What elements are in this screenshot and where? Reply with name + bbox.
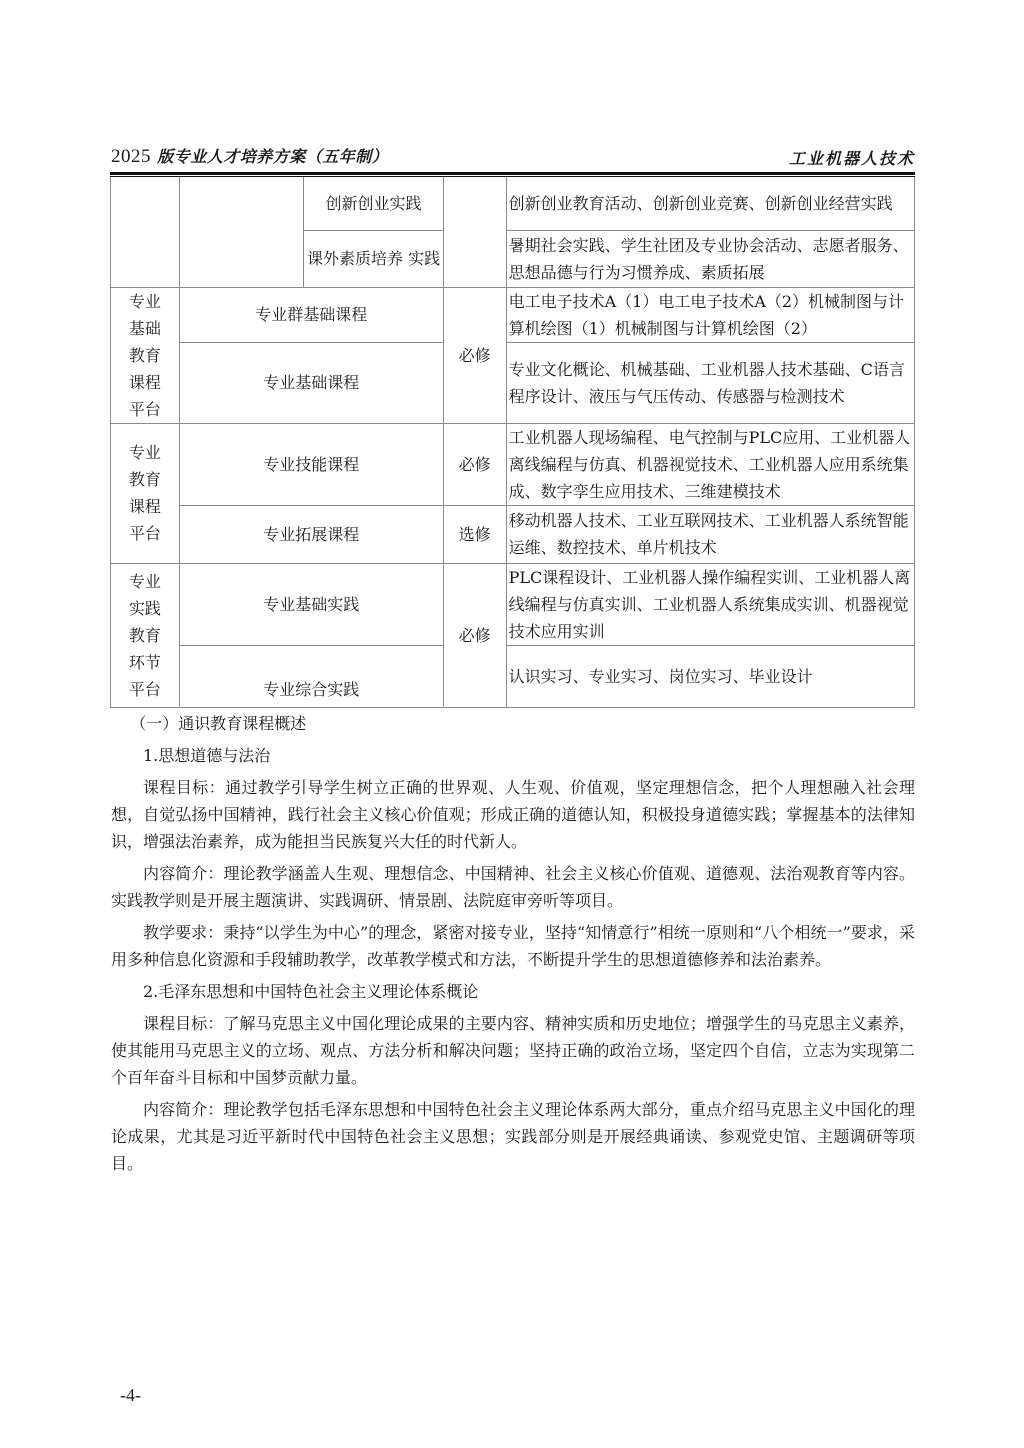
- category-cell: 专业群基础课程: [179, 287, 443, 342]
- category-cell: [179, 177, 303, 287]
- table-row: 专业实践教育环节平台 专业基础实践 必修 PLC课程设计、工业机器人操作编程实训…: [111, 563, 915, 645]
- platform-cell: [111, 177, 180, 287]
- course-goal: 课程目标：通过教学引导学生树立正确的世界观、人生观、价值观，坚定理想信念，把个人…: [111, 774, 915, 855]
- course-platform-table: 创新创业实践 创新创业教育活动、创新创业竞赛、创新创业经营实践 课外素质培养 实…: [110, 177, 915, 708]
- header-rule-thick: [110, 172, 915, 175]
- major-name: 工业机器人技术: [789, 146, 915, 169]
- course-overview: （一）通识教育课程概述 1.思想道德与法治 课程目标：通过教学引导学生树立正确的…: [111, 710, 915, 1177]
- page-number: -4-: [120, 1385, 141, 1406]
- courses-cell: 移动机器人技术、工业互联网技术、工业机器人系统智能运维、数控技术、单片机技术: [506, 505, 914, 563]
- type-cell: [443, 177, 506, 287]
- courses-cell: 创新创业教育活动、创新创业竞赛、创新创业经营实践: [506, 177, 914, 230]
- course-goal: 课程目标：了解马克思主义中国化理论成果的主要内容、精神实质和历史地位；增强学生的…: [111, 1010, 915, 1091]
- table-row: 专业基础课程 专业文化概论、机械基础、工业机器人技术基础、C语言程序设计、液压与…: [111, 342, 915, 423]
- sub-category-cell: 课外素质培养 实践: [304, 230, 443, 287]
- year: 2025: [111, 146, 151, 167]
- category-cell: 专业技能课程: [179, 423, 443, 505]
- courses-cell: 专业文化概论、机械基础、工业机器人技术基础、C语言程序设计、液压与气压传动、传感…: [506, 342, 914, 423]
- courses-cell: 暑期社会实践、学生社团及专业协会活动、志愿者服务、思想品德与行为习惯养成、素质拓…: [506, 230, 914, 287]
- platform-cell: 专业基础教育课程平台: [111, 287, 180, 423]
- section-title: （一）通识教育课程概述: [111, 710, 915, 737]
- courses-cell: 工业机器人现场编程、电气控制与PLC应用、工业机器人离线编程与仿真、机器视觉技术…: [506, 423, 914, 505]
- courses-cell: PLC课程设计、工业机器人操作编程实训、工业机器人离线编程与仿真实训、工业机器人…: [506, 563, 914, 645]
- courses-cell: 认识实习、专业实习、岗位实习、毕业设计: [506, 645, 914, 707]
- category-cell: 专业基础实践: [179, 563, 443, 645]
- table-row: 专业综合实践 认识实习、专业实习、岗位实习、毕业设计: [111, 645, 915, 707]
- course-intro: 内容简介：理论教学涵盖人生观、理想信念、中国精神、社会主义核心价值观、道德观、法…: [111, 860, 915, 914]
- type-cell: 选修: [443, 505, 506, 563]
- platform-cell: 专业教育课程平台: [111, 423, 180, 563]
- table-row: 专业拓展课程 选修 移动机器人技术、工业互联网技术、工业机器人系统智能运维、数控…: [111, 505, 915, 563]
- table-row: 专业教育课程平台 专业技能课程 必修 工业机器人现场编程、电气控制与PLC应用、…: [111, 423, 915, 505]
- platform-label: 专业实践教育环节平台: [127, 568, 163, 703]
- category-cell: 专业拓展课程: [179, 505, 443, 563]
- plan-title: 版专业人才培养方案（五年制）: [157, 147, 388, 166]
- type-cell: 必修: [443, 423, 506, 505]
- category-cell: 专业基础课程: [179, 342, 443, 423]
- course-intro: 内容简介：理论教学包括毛泽东思想和中国特色社会主义理论体系两大部分，重点介绍马克…: [111, 1096, 915, 1177]
- type-cell: 必修: [443, 563, 506, 707]
- course-title: 2.毛泽东思想和中国特色社会主义理论体系概论: [111, 978, 915, 1005]
- sub-category-cell: 创新创业实践: [304, 177, 443, 230]
- page-header: 2025 版专业人才培养方案（五年制） 工业机器人技术: [111, 144, 915, 170]
- type-cell: 必修: [443, 287, 506, 423]
- table-row: 创新创业实践 创新创业教育活动、创新创业竞赛、创新创业经营实践: [111, 177, 915, 230]
- course-title: 1.思想道德与法治: [111, 742, 915, 769]
- courses-cell: 电工电子技术A（1）电工电子技术A（2）机械制图与计算机绘图（1）机械制图与计算…: [506, 287, 914, 342]
- course-requirements: 教学要求：秉持“以学生为中心”的理念，紧密对接专业，坚持“知情意行”相统一原则和…: [111, 919, 915, 973]
- platform-label: 专业教育课程平台: [127, 439, 163, 547]
- document-title: 2025 版专业人才培养方案（五年制）: [111, 144, 388, 168]
- table-row: 专业基础教育课程平台 专业群基础课程 必修 电工电子技术A（1）电工电子技术A（…: [111, 287, 915, 342]
- platform-label: 专业基础教育课程平台: [127, 288, 163, 423]
- category-cell: 专业综合实践: [179, 645, 443, 707]
- platform-cell: 专业实践教育环节平台: [111, 563, 180, 707]
